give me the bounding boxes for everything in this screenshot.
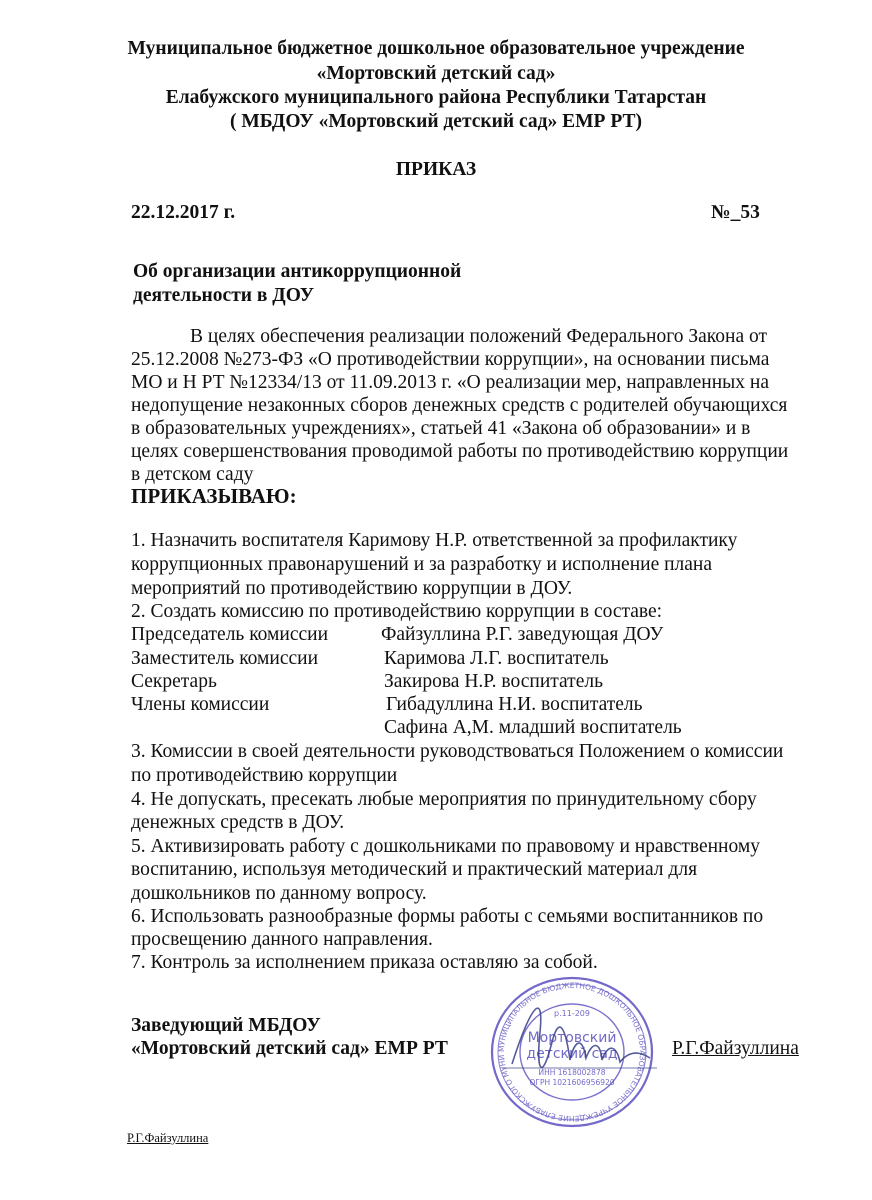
commission-member: Каримова Л.Г. воспитатель (384, 648, 609, 670)
preamble-line: недопущение незаконных сборов денежных с… (131, 395, 787, 417)
order-item-line: 4. Не допускать, пресекать любые меропри… (131, 789, 757, 811)
order-date: 22.12.2017 г. (131, 202, 235, 224)
svg-text:р.11-209: р.11-209 (554, 1009, 590, 1018)
order-item-line: 2. Создать комиссию по противодействию к… (131, 601, 662, 623)
document-type: ПРИКАЗ (0, 159, 872, 181)
order-item-line: воспитанию, используя методический и пра… (131, 859, 697, 881)
order-item-line: по противодействию коррупции (131, 765, 397, 787)
org-name-line-1: Муниципальное бюджетное дошкольное образ… (0, 38, 872, 60)
commission-member: Сафина А,М. младший воспитатель (384, 717, 682, 739)
order-item-line: мероприятий по противодействию коррупции… (131, 578, 572, 600)
commission-role: Секретарь (131, 671, 217, 693)
preamble-line: целях совершенствования проводимой работ… (131, 441, 788, 463)
order-item-line: денежных средств в ДОУ. (131, 812, 344, 834)
svg-text:ОГРН 1021606956920: ОГРН 1021606956920 (529, 1078, 614, 1087)
order-word: ПРИКАЗЫВАЮ: (131, 484, 297, 509)
subject-line-2: деятельности в ДОУ (133, 285, 314, 307)
org-name-line-3: Елабужского муниципального района Респуб… (0, 87, 872, 109)
commission-member: Файзуллина Р.Г. заведующая ДОУ (381, 624, 663, 646)
preamble-line: в детском саду (131, 464, 253, 486)
order-item-line: 5. Активизировать работу с дошкольниками… (131, 836, 760, 858)
signer-name: Р.Г.Файзуллина (672, 1038, 799, 1060)
preamble-line: В целях обеспечения реализации положений… (190, 326, 767, 348)
preamble-line: в образовательных учреждениях», статьей … (131, 418, 750, 440)
commission-member: Закирова Н.Р. воспитатель (384, 671, 603, 693)
commission-role: Члены комиссии (131, 694, 269, 716)
preamble-line: МО и Н РТ №12334/13 от 11.09.2013 г. «О … (131, 372, 769, 394)
svg-text:ИНН 1618002878: ИНН 1618002878 (539, 1068, 606, 1077)
org-name-line-2: «Мортовский детский сад» (0, 63, 872, 85)
order-number: №_53 (711, 202, 760, 224)
order-item-line: 3. Комиссии в своей деятельности руковод… (131, 741, 783, 763)
org-name-line-4: ( МБДОУ «Мортовский детский сад» ЕМР РТ) (0, 111, 872, 133)
order-item-line: 1. Назначить воспитателя Каримову Н.Р. о… (131, 530, 737, 552)
signer-position-line-2: «Мортовский детский сад» ЕМР РТ (131, 1038, 448, 1060)
order-item-line: просвещению данного направления. (131, 929, 433, 951)
subject-line-1: Об организации антикоррупционной (133, 261, 461, 283)
preamble-line: 25.12.2008 №273-ФЗ «О противодействии ко… (131, 349, 769, 371)
order-item-line: коррупционных правонарушений и за разраб… (131, 554, 712, 576)
order-item-line: дошкольников по данному вопросу. (131, 883, 427, 905)
official-stamp-icon: МУНИЦИПАЛЬНОЕ БЮДЖЕТНОЕ ДОШКОЛЬНОЕ ОБРАЗ… (482, 972, 662, 1132)
commission-role: Заместитель комиссии (131, 648, 318, 670)
order-item-line: 7. Контроль за исполнением приказа остав… (131, 952, 598, 974)
signer-position-line-1: Заведующий МБДОУ (131, 1015, 321, 1037)
svg-text:Мортовский: Мортовский (528, 1030, 617, 1046)
commission-member: Гибадуллина Н.И. воспитатель (386, 694, 643, 716)
footer-executor-name: Р.Г.Файзуллина (127, 1131, 208, 1146)
commission-role: Председатель комиссии (131, 624, 328, 646)
order-item-line: 6. Использовать разнообразные формы рабо… (131, 906, 763, 928)
